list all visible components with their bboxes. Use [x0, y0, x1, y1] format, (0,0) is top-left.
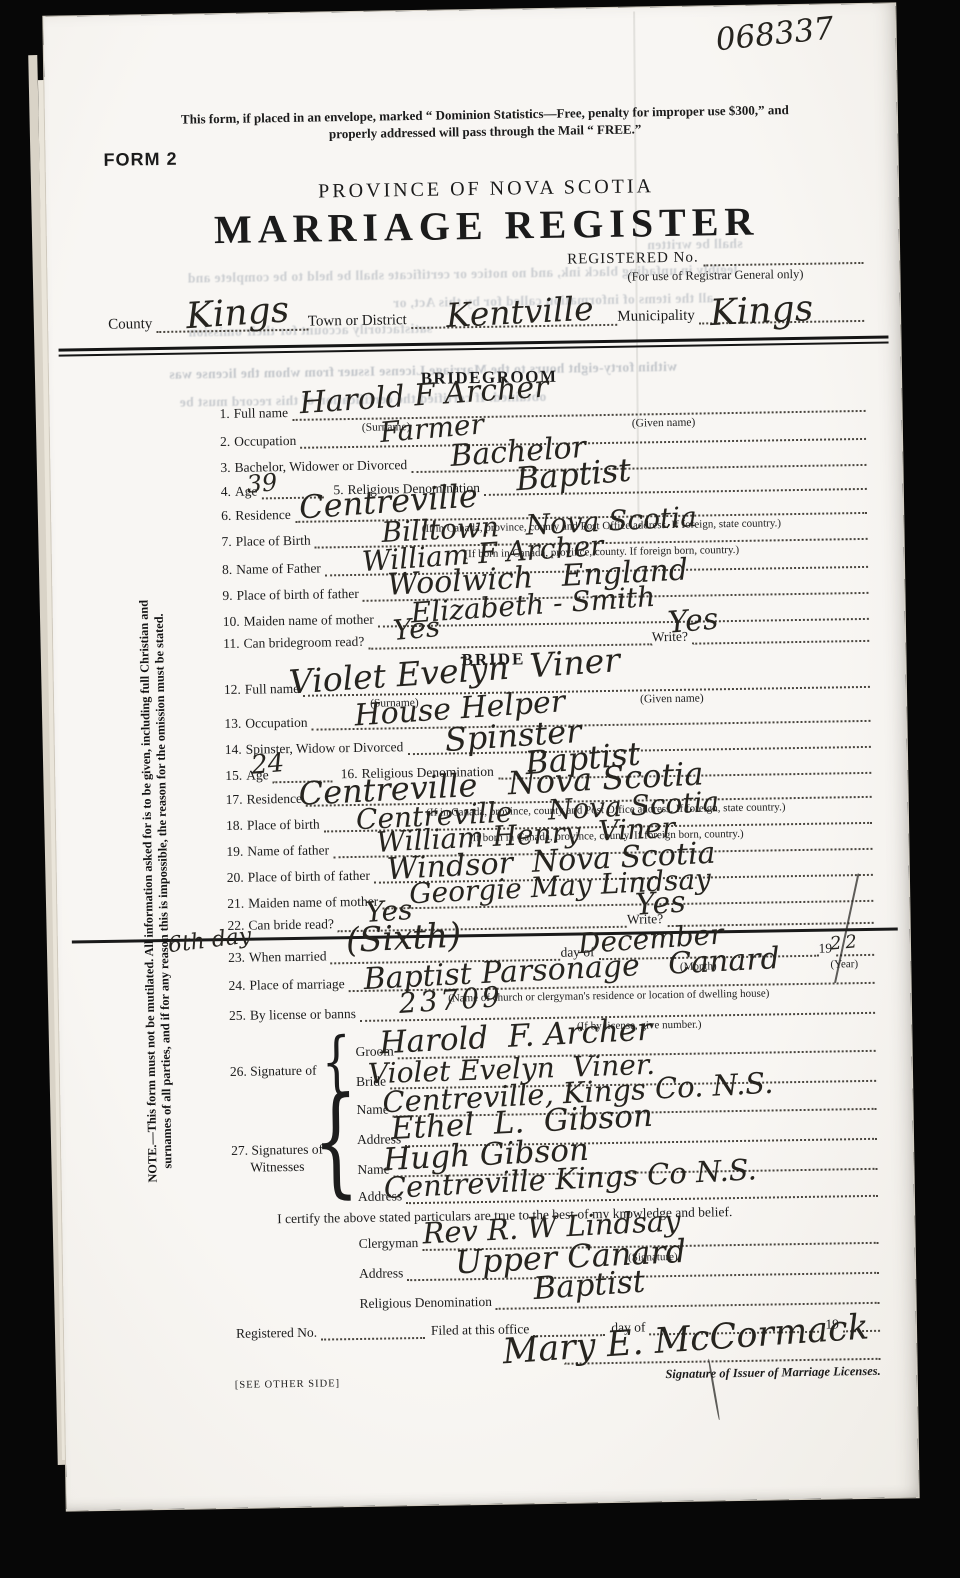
handwriting-county: Kings [185, 292, 290, 335]
field-label: Name of father [247, 842, 333, 859]
witnesses-label: 27. Signatures of Witnesses [231, 1141, 323, 1176]
mailing-notice: This form, if placed in an envelope, mar… [125, 100, 845, 145]
field-number: 7. [221, 534, 235, 550]
field-label: Full name [234, 405, 293, 422]
handwriting-when-married: (Sixth) [345, 918, 462, 958]
field-number: 11. [223, 636, 244, 652]
field-number: 27. [231, 1143, 248, 1158]
field-number: 9. [222, 588, 236, 604]
field-number: 12. [224, 682, 245, 698]
field-number: 14. [225, 742, 246, 758]
handwriting-clergy-denomination: Baptist [532, 1267, 646, 1306]
form-number-label: FORM 2 [103, 149, 177, 171]
see-other-side-label: [SEE OTHER SIDE] [235, 1378, 340, 1391]
handwriting-municipality: Kings [709, 291, 814, 332]
handwriting-license-number: 23709 [398, 983, 504, 1018]
field-number: 13. [224, 716, 245, 732]
signature-of-label: 26. Signature of [230, 1063, 317, 1080]
field-label: Occupation [234, 433, 300, 450]
field-label: Clergyman [359, 1235, 423, 1252]
field-number: 24. [228, 978, 249, 994]
double-rule [59, 336, 889, 357]
field-number: 23. [228, 950, 249, 966]
handwriting-town: Kentville [445, 292, 594, 332]
handwriting-groom-religion: Baptist [514, 454, 632, 496]
field-label: Religious Denomination [359, 1294, 496, 1312]
handwritten-doc-number: 068337 [714, 13, 835, 56]
field-label: Signature of [250, 1063, 317, 1079]
handwriting-bride-write: Yes [634, 888, 686, 921]
handwriting-groom-read: Yes [392, 613, 441, 645]
field-label: Residence [235, 507, 295, 524]
field-label: Name of Father [236, 560, 325, 577]
field-number: 19. [226, 844, 247, 860]
field-label: When married [249, 948, 331, 965]
handwriting-groom-age: 39 [246, 470, 278, 497]
field-number: 18. [226, 818, 247, 834]
field-number: 4. [221, 484, 235, 500]
field-label: Place of birth of father [248, 868, 374, 886]
field-label: Witnesses [231, 1158, 323, 1176]
field-number: 15. [225, 768, 246, 784]
handwriting-bride-age: 24 [250, 750, 285, 779]
dotted-line [702, 238, 863, 267]
field-label: Place of birth of father [236, 586, 362, 604]
field-number: 3. [220, 460, 234, 476]
field-number: 6. [221, 508, 235, 524]
field-label: Occupation [245, 715, 311, 732]
field-number: 17. [226, 792, 247, 808]
field-label: Address [359, 1265, 407, 1282]
field-label: Place of marriage [249, 976, 348, 994]
field-number: 20. [227, 870, 248, 886]
field-number: 25. [229, 1008, 250, 1024]
handwriting-groom-write: Yes [667, 605, 720, 639]
field-number: 1. [219, 406, 233, 422]
field-number: 8. [222, 562, 236, 578]
municipality-label: Municipality [617, 309, 699, 326]
field-label: Residence [246, 791, 306, 808]
registered-no-row: REGISTERED No. [567, 240, 863, 269]
scanned-document: { "scan": { "doc_number": "068337", "see… [0, 0, 960, 1578]
witnesses-brace: { [312, 1071, 360, 1210]
field-label: By license or banns [250, 1006, 360, 1024]
marriage-register-page: shall be written legibly in unfading bla… [43, 3, 918, 1510]
field-label: Place of birth [247, 816, 324, 833]
registered-no-label: REGISTERED No. [567, 250, 703, 268]
dotted-line [321, 1313, 425, 1341]
field-label: Can bride read? [248, 916, 338, 933]
field-number: 26. [230, 1064, 247, 1079]
town-label: Town or District [308, 313, 411, 331]
field-number: 2. [220, 434, 234, 450]
issuer-signature-label: Signature of Issuer of Marriage Licenses… [565, 1364, 881, 1384]
county-label: County [108, 317, 156, 334]
registrar-general-note: (For use of Registrar General only) [567, 266, 863, 286]
field-label: Registered No. [236, 1325, 321, 1342]
field-label: Can bridegroom read? [243, 634, 368, 652]
field-label: Place of Birth [236, 533, 315, 550]
